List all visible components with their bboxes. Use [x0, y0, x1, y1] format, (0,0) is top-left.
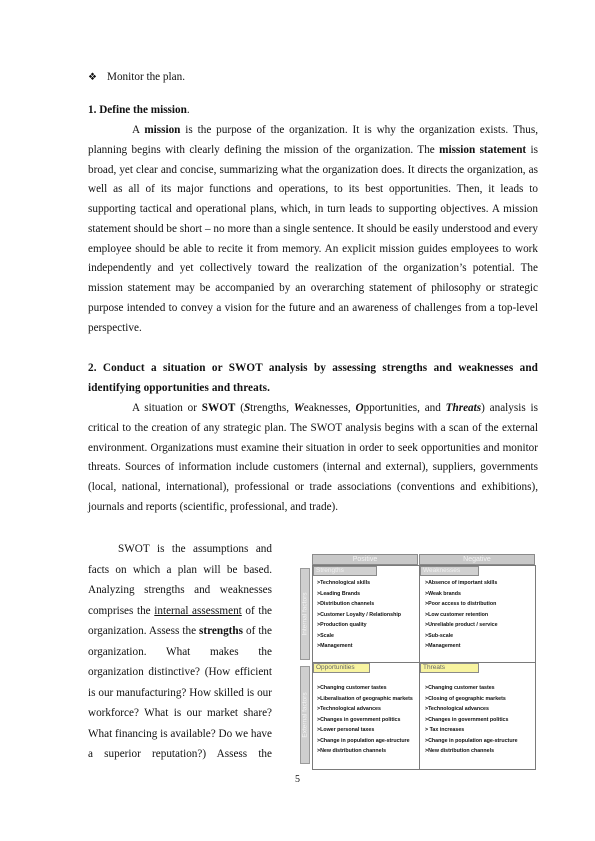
- strengths-list: >Technological skills>Leading Brands>Dis…: [317, 578, 401, 652]
- section-2-paragraph: A situation or SWOT (Strengths, Weakness…: [88, 399, 538, 518]
- opportunities-list: >Changing customer tastes>Liberalisation…: [317, 683, 413, 757]
- bullet-text: Monitor the plan.: [107, 71, 185, 83]
- section-1-paragraph: A mission is the purpose of the organiza…: [88, 121, 538, 338]
- diamond-bullet-icon: ❖: [88, 68, 107, 87]
- external-factors-label: External factors: [300, 666, 310, 764]
- page-number: 5: [0, 774, 595, 785]
- internal-assessment-term: internal assessment: [154, 605, 242, 617]
- weaknesses-label: Weaknesses: [420, 566, 479, 576]
- document-page: ❖Monitor the plan. 1. Define the mission…: [0, 0, 595, 841]
- strengths-label: Strengths: [313, 566, 377, 576]
- bullet-item: ❖Monitor the plan.: [88, 68, 185, 87]
- swot-grid: Strengths >Technological skills>Leading …: [312, 565, 536, 770]
- swot-matrix: Positive Negative Internal factors Exter…: [300, 554, 540, 770]
- opportunities-label: Opportunities: [313, 663, 370, 673]
- negative-header: Negative: [419, 554, 535, 565]
- positive-header: Positive: [312, 554, 418, 565]
- threats-list: >Changing customer tastes>Closing of geo…: [425, 683, 518, 757]
- section-2-heading: 2. Conduct a situation or SWOT analysis …: [88, 359, 538, 399]
- section-1-heading: 1. Define the mission.: [88, 101, 538, 121]
- internal-factors-label: Internal factors: [300, 568, 310, 660]
- threats-label: Threats: [420, 663, 479, 673]
- weaknesses-list: >Absence of important skills>Weak brands…: [425, 578, 498, 652]
- swot-intro-column: SWOT is the assumptions and facts on whi…: [88, 539, 272, 765]
